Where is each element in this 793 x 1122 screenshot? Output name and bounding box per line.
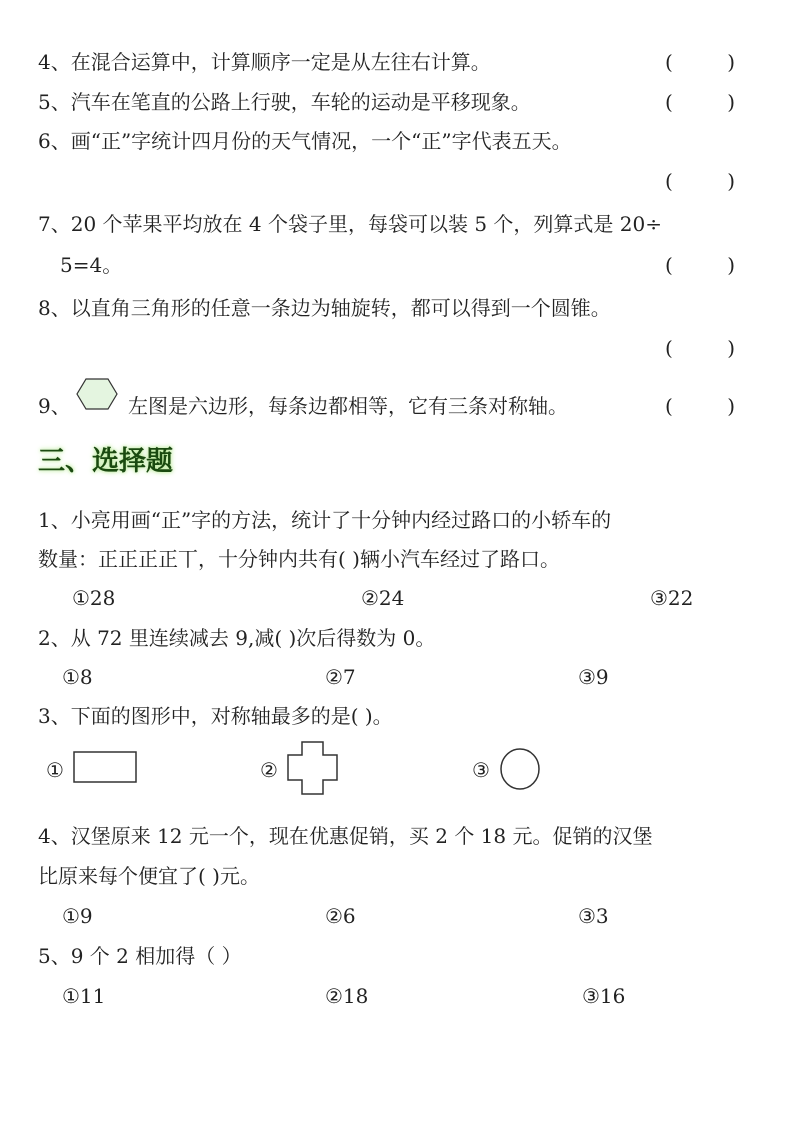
question-4-text: 4、在混合运算中，计算顺序一定是从左往右计算。 [38,48,491,76]
question-7-text: 7、20 个苹果平均放在 4 个袋子里，每袋可以装 5 个，列算式是 20÷ [38,210,662,238]
question-9-prefix: 9、 [38,392,71,420]
mc2-option-1[interactable]: ①8 [62,663,93,691]
answer-blank-6[interactable]: () [665,167,735,195]
mc1-option-2[interactable]: ②24 [361,584,404,612]
mc2-option-3[interactable]: ③9 [578,663,609,691]
mc-question-1-text: 1、小亮用画“正”字的方法，统计了十分钟内经过路口的小轿车的 [38,506,611,534]
hexagon-figure [76,378,118,410]
answer-blank-7[interactable]: () [665,251,735,279]
mc-question-2-text: 2、从 72 里连续减去 9,减( )次后得数为 0。 [38,624,435,652]
mc3-option-1[interactable]: ① [46,756,64,784]
mc3-option-2[interactable]: ② [260,756,278,784]
mc-question-4-text: 4、汉堡原来 12 元一个，现在优惠促销，买 2 个 18 元。促销的汉堡 [38,822,653,850]
mc2-option-2[interactable]: ②7 [325,663,356,691]
mc-question-4-text-cont: 比原来每个便宜了( )元。 [38,862,260,890]
mc1-option-3[interactable]: ③22 [650,584,693,612]
mc5-option-3[interactable]: ③16 [582,982,625,1010]
mc5-option-1[interactable]: ①11 [62,982,105,1010]
mc4-option-1[interactable]: ①9 [62,902,93,930]
mc4-option-2[interactable]: ②6 [325,902,356,930]
question-6-text: 6、画“正”字统计四月份的天气情况，一个“正”字代表五天。 [38,127,572,155]
mc-question-3-text: 3、下面的图形中，对称轴最多的是( )。 [38,702,393,730]
answer-blank-4[interactable]: () [665,48,735,76]
cross-figure [286,740,340,796]
mc-question-5-text: 5、9 个 2 相加得（ ） [38,942,242,970]
answer-blank-9[interactable]: () [665,392,735,420]
question-5-text: 5、汽车在笔直的公路上行驶，车轮的运动是平移现象。 [38,88,531,116]
mc-question-1-text-cont: 数量：正正正正丅，十分钟内共有( )辆小汽车经过了路口。 [38,545,560,573]
answer-blank-5[interactable]: () [665,88,735,116]
section-heading: 三、选择题 [38,444,173,480]
rectangle-figure [72,750,138,784]
question-9-text: 左图是六边形，每条边都相等，它有三条对称轴。 [128,392,568,420]
mc3-option-3[interactable]: ③ [472,756,490,784]
question-8-text: 8、以直角三角形的任意一条边为轴旋转，都可以得到一个圆锥。 [38,294,611,322]
question-7-text-cont: 5=4。 [60,251,122,279]
circle-figure [498,746,542,792]
mc5-option-2[interactable]: ②18 [325,982,368,1010]
answer-blank-8[interactable]: () [665,334,735,362]
mc1-option-1[interactable]: ①28 [72,584,115,612]
mc4-option-3[interactable]: ③3 [578,902,609,930]
